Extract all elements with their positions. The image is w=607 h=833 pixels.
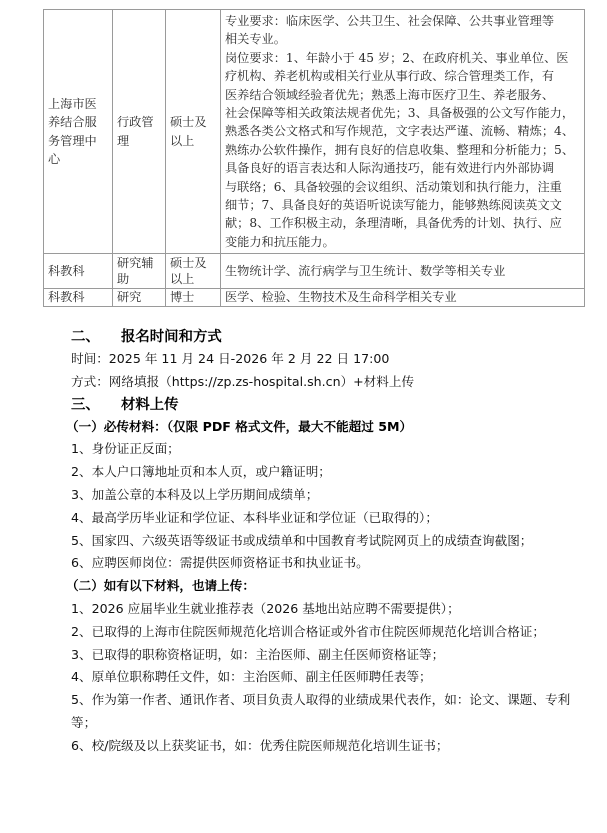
degree-cell: 硕士及 以上 [166,10,221,254]
registration-method: 方式：网络填报（https://zp.zs-hospital.sh.cn）+材料… [71,371,591,394]
dept-cell: 科教科 [44,289,113,307]
list-item: 5、作为第一作者、通讯作者、项目负责人取得的业绩成果代表作，如：论文、课题、专利… [71,689,571,735]
table-row: 科教科 研究辅 助 硕士及 以上 生物统计学、流行病学与卫生统计、数学等相关专业 [44,254,585,289]
table-row: 科教科 研究 博士 医学、检验、生物技术及生命科学相关专业 [44,289,585,307]
requirements-cell: 医学、检验、生物技术及生命科学相关专业 [221,289,585,307]
position-cell: 研究辅 助 [113,254,166,289]
required-materials-heading: （一）必传材料：（仅限 PDF 格式文件，最大不能超过 5M） [66,416,591,439]
list-item: 1、身份证正反面； [71,438,591,461]
table-row: 上海市医 养结合服 务管理中 心 行政管 理 硕士及 以上 专业要求：临床医学、… [44,10,585,254]
list-item: 3、已取得的职称资格证明，如：主治医师、副主任医师资格证等； [71,644,591,667]
registration-time: 时间：2025 年 11 月 24 日-2026 年 2 月 22 日 17:0… [71,348,591,371]
section-heading: 三、材料上传 [71,394,591,416]
list-item: 2、已取得的上海市住院医师规范化培训合格证或外省市住院医师规范化培训合格证； [71,621,571,644]
list-item: 4、最高学历毕业证和学位证、本科毕业证和学位证（已取得的）； [71,507,591,530]
requirements-cell: 生物统计学、流行病学与卫生统计、数学等相关专业 [221,254,585,289]
list-item: 4、原单位职称聘任文件，如：主治医师、副主任医师聘任表等； [71,666,591,689]
dept-cell: 科教科 [44,254,113,289]
list-item: 6、校/院级及以上获奖证书，如：优秀住院医师规范化培训生证书； [71,735,591,758]
dept-cell: 上海市医 养结合服 务管理中 心 [44,10,113,254]
list-item: 5、国家四、六级英语等级证书或成绩单和中国教育考试院网页上的成绩查询截图； [71,530,571,553]
degree-cell: 博士 [166,289,221,307]
list-item: 6、应聘医师岗位：需提供医师资格证书和执业证书。 [71,552,591,575]
section-registration: 二、报名时间和方式 时间：2025 年 11 月 24 日-2026 年 2 月… [71,326,591,758]
list-item: 3、加盖公章的本科及以上学历期间成绩单； [71,484,591,507]
list-item: 1、2026 应届毕业生就业推荐表（2026 基地出站应聘不需要提供）； [71,598,591,621]
section-heading: 二、报名时间和方式 [71,326,591,348]
registration-url: 网络填报（https://zp.zs-hospital.sh.cn）+材料上传 [109,374,414,389]
optional-materials-heading: （二）如有以下材料，也请上传： [66,575,591,598]
requirements-cell: 专业要求：临床医学、公共卫生、社会保障、公共事业管理等 相关专业。 岗位要求：1… [221,10,585,254]
job-positions-table: 上海市医 养结合服 务管理中 心 行政管 理 硕士及 以上 专业要求：临床医学、… [43,9,585,307]
list-item: 2、本人户口簿地址页和本人页，或户籍证明； [71,461,591,484]
position-cell: 研究 [113,289,166,307]
position-cell: 行政管 理 [113,10,166,254]
document-page: 上海市医 养结合服 务管理中 心 行政管 理 硕士及 以上 专业要求：临床医学、… [0,0,607,833]
degree-cell: 硕士及 以上 [166,254,221,289]
